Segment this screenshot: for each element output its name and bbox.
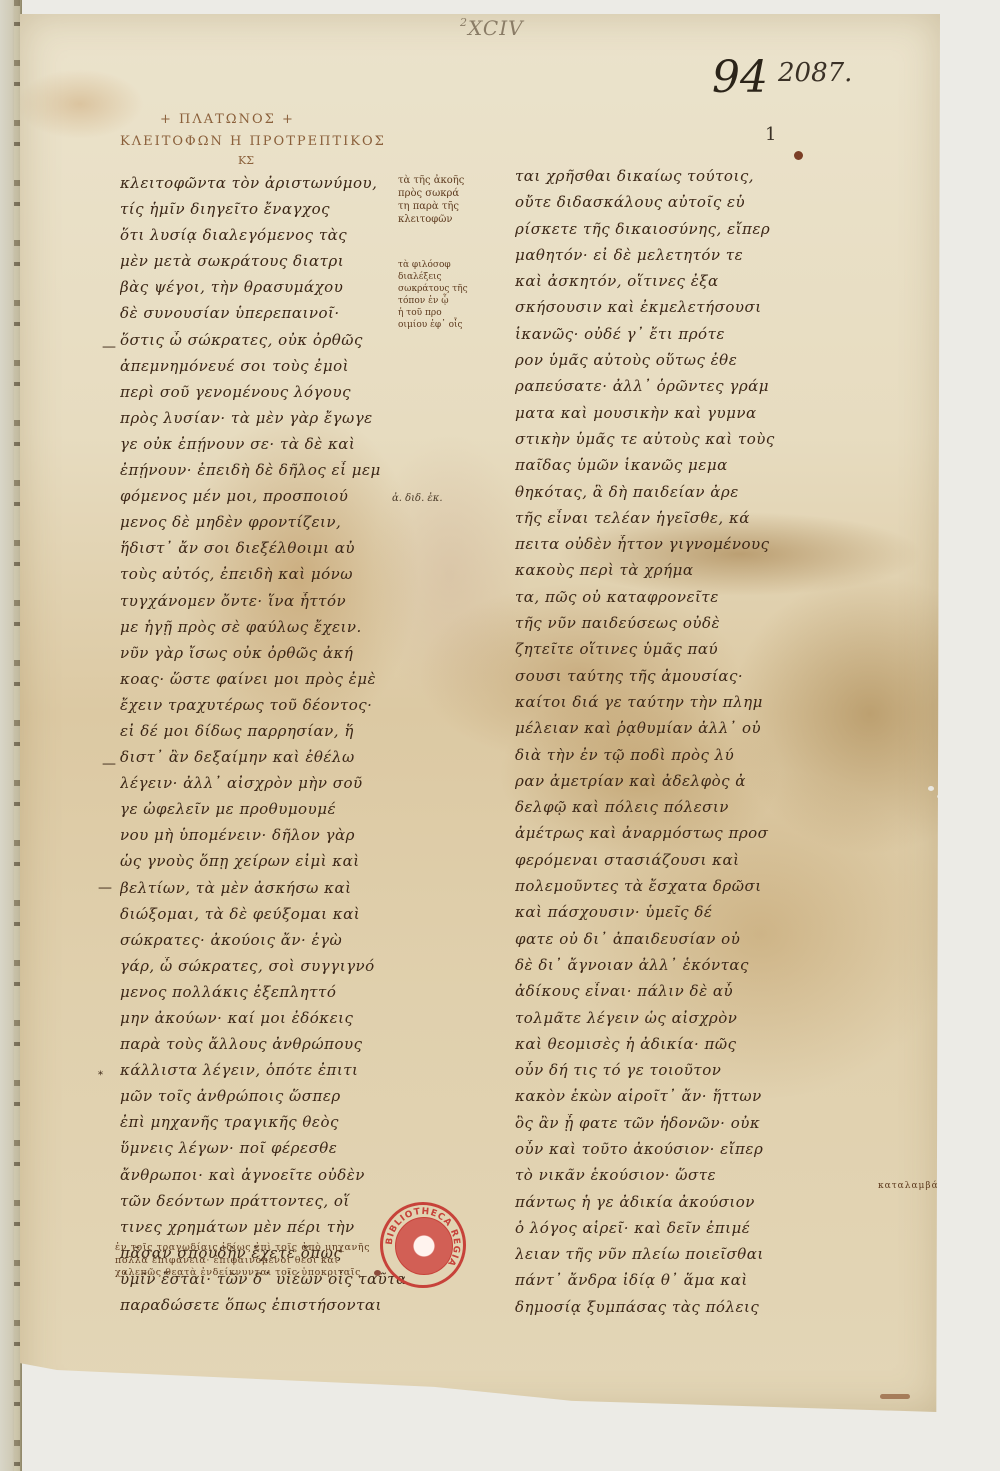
text-line: παῖδας ὑμῶν ἱκανῶς μεμα xyxy=(515,456,815,482)
ink-spot xyxy=(374,1270,381,1276)
worm-hole xyxy=(968,876,973,881)
text-line: διώξομαι, τὰ δὲ φεύξομαι καὶ xyxy=(120,905,405,931)
manuscript-folio: 2XCIV 94 2087. 1 + ΠΛΑΤΩΝΟΣ + ΚΛΕΙΤΟΦΩΝ … xyxy=(20,14,940,1412)
text-line: τῆς νῦν παιδεύσεως οὐδὲ xyxy=(515,614,815,640)
shelfmark-roman: XCIV xyxy=(468,16,524,40)
text-line: θηκότας, ἃ δὴ παιδείαν ἀρε xyxy=(515,483,815,509)
text-line: μενος δὲ μηδὲν φροντίζειν, xyxy=(120,513,405,539)
text-line: ἄνθρωποι· καὶ ἀγνοεῖτε οὐδὲν xyxy=(120,1166,405,1192)
text-line: σκήσουσιν καὶ ἐκμελετήσουσι xyxy=(515,298,815,324)
ink-spot xyxy=(794,151,803,160)
text-line: γε ὠφελεῖν με προθυμουμέ xyxy=(120,800,405,826)
gloss-line: τη παρὰ τῆς xyxy=(398,200,488,213)
text-line: μην ἀκούων· καί μοι ἐδόκεις xyxy=(120,1009,405,1035)
text-line: οὔτε διδασκάλους αὐτοῖς εὑ xyxy=(515,193,815,219)
text-line: νῦν γὰρ ἴσως οὐκ ὀρθῶς ἀκή xyxy=(120,644,405,670)
text-line: ἀμέτρως καὶ ἀναρμόστως προσ xyxy=(515,824,815,850)
text-line: ὅτι λυσίᾳ διαλεγόμενος τὰς xyxy=(120,226,405,252)
text-line: καὶ θεομισὲς ἡ ἀδικία· πῶς xyxy=(515,1035,815,1061)
text-line: ἐπῄνουν· ἐπειδὴ δὲ δῆλος εἶ μεμ xyxy=(120,461,405,487)
text-line: γάρ, ὦ σώκρατες, σοὶ συγγιγνό xyxy=(120,957,405,983)
worm-hole xyxy=(937,794,945,799)
text-line: βελτίων, τὰ μὲν ἀσκήσω καὶ xyxy=(120,879,405,905)
text-line: καὶ ἀσκητόν, οἵτινες ἐξα xyxy=(515,272,815,298)
text-line: πειτα οὐδὲν ἧττον γιγνομένους xyxy=(515,535,815,561)
secondary-number: 2087. xyxy=(778,58,852,88)
library-stamp: BIBLIOTHECA REGIA xyxy=(380,1202,466,1288)
gloss-line: κλειτοφῶν xyxy=(398,213,488,226)
text-line: τῆς εἶναι τελέαν ἡγεῖσθε, κά xyxy=(515,509,815,535)
text-line: με ἡγῇ πρὸς σὲ φαύλως ἔχειν. xyxy=(120,618,405,644)
text-line: φόμενος μέν μοι, προσποιού xyxy=(120,487,405,513)
text-line: ἱκανῶς· οὐδέ γ᾽ ἔτι πρότε xyxy=(515,325,815,351)
text-line: παραδώσετε ὅπως ἐπιστήσονται xyxy=(120,1296,405,1322)
text-line: τολμᾶτε λέγειν ὡς αἰσχρὸν xyxy=(515,1009,815,1035)
text-line: τυγχάνομεν ὄντε· ἵνα ἧττόν xyxy=(120,592,405,618)
footnote-scholion: ἐν τοῖς τραγωδίαις ἰδίως ἐπὶ τοῖς ἀπὸ μη… xyxy=(115,1242,385,1280)
text-line: σώκρατες· ἀκούοις ἄν· ἐγὼ xyxy=(120,931,405,957)
gloss-line: τὰ τῆς ἀκοῆς xyxy=(398,174,488,187)
text-line: πολεμοῦντες τὰ ἔσχατα δρῶσι xyxy=(515,877,815,903)
text-line: ὅστις ὦ σώκρατες, οὐκ ὀρθῶς xyxy=(120,331,405,357)
text-line: κάλλιστα λέγειν, ὁπότε ἐπιτι xyxy=(120,1061,405,1087)
heading-author: + ΠΛΑΤΩΝΟΣ + xyxy=(160,112,295,127)
text-line: καίτοι διά γε ταύτην τὴν πλημ xyxy=(515,693,815,719)
text-line: πρὸς λυσίαν· τὰ μὲν γὰρ ἔγωγε xyxy=(120,409,405,435)
worm-hole xyxy=(945,784,950,789)
text-line: καὶ πάσχουσιν· ὑμεῖς δέ xyxy=(515,903,815,929)
text-line: δημοσίᾳ ξυμπάσας τὰς πόλεις xyxy=(515,1298,815,1324)
worm-hole xyxy=(944,803,949,808)
gloss-line: πρὸς σωκρά xyxy=(398,187,488,200)
worm-hole xyxy=(952,849,957,855)
text-line: λέγειν· ἀλλ᾽ αἰσχρὸν μὴν σοῦ xyxy=(120,774,405,800)
worm-hole xyxy=(928,786,934,791)
text-line: πάντ᾽ ἄνδρα ἰδίᾳ θ᾽ ἅμα καὶ xyxy=(515,1271,815,1297)
text-line: ὡς γνοὺς ὅπῃ χείρων εἰμὶ καὶ xyxy=(120,852,405,878)
text-line: τα, πῶς οὐ καταφρονεῖτε xyxy=(515,588,815,614)
text-line: ζητεῖτε οἵτινες ὑμᾶς παύ xyxy=(515,640,815,666)
text-line: δὲ συνουσίαν ὑπερεπαινοῖ· xyxy=(120,304,405,330)
text-line: διστ᾽ ἂν δεξαίμην καὶ ἐθέλω xyxy=(120,748,405,774)
text-line: περὶ σοῦ γενομένους λόγους xyxy=(120,383,405,409)
text-line: φατε οὐ δι᾽ ἀπαιδευσίαν οὐ xyxy=(515,930,815,956)
text-line: ρον ὑμᾶς αὐτοὺς οὕτως ἐθε xyxy=(515,351,815,377)
gloss-line: οιμίου ἐφ᾽ οἷς xyxy=(398,319,488,331)
heading-abbrev: ΚΣ xyxy=(238,154,254,167)
bottom-mark: ἐθ xyxy=(133,1426,142,1435)
text-line: παρὰ τοὺς ἄλλους ἀνθρώπους xyxy=(120,1035,405,1061)
footnote-line: ἐν τοῖς τραγωδίαις ἰδίως ἐπὶ τοῖς ἀπὸ μη… xyxy=(115,1242,385,1255)
text-line: μαθητόν· εἰ δὲ μελετητόν τε xyxy=(515,246,815,272)
text-line: ἔχειν τραχυτέρως τοῦ δέοντος· xyxy=(120,696,405,722)
binding-thread xyxy=(14,0,20,1471)
marginal-gloss-right: καταλαμβάνει· xyxy=(878,1180,959,1193)
text-line: μὲν μετὰ σωκράτους διατρι xyxy=(120,252,405,278)
text-line: ὕμνεις λέγων· ποῖ φέρεσθε xyxy=(120,1139,405,1165)
text-line: μῶν τοῖς ἀνθρώποις ὥσπερ xyxy=(120,1087,405,1113)
text-line: μέλειαν καὶ ῥᾳθυμίαν ἀλλ᾽ οὐ xyxy=(515,719,815,745)
gloss-line: ἡ τοῦ προ xyxy=(398,307,488,319)
stamp-legend: BIBLIOTHECA REGIA xyxy=(383,1205,463,1285)
text-line: ἥδιστ᾽ ἄν σοι διεξέλθοιμι αὐ xyxy=(120,539,405,565)
marginal-dash: — xyxy=(102,339,116,355)
text-line: δελφῷ καὶ πόλεις πόλεσιν xyxy=(515,798,815,824)
gloss-line: σωκράτους τῆς xyxy=(398,283,488,295)
text-line: ὃς ἂν ᾖ φατε τῶν ἡδονῶν· οὐκ xyxy=(515,1114,815,1140)
stain-mark xyxy=(880,1394,910,1399)
text-line: κακὸν ἑκὼν αἱροῖτ᾽ ἄν· ἥττων xyxy=(515,1087,815,1113)
text-line: βὰς ψέγοι, τὴν θρασυμάχου xyxy=(120,278,405,304)
text-line: σουσι ταύτης τῆς ἀμουσίας· xyxy=(515,667,815,693)
text-line: ὁ λόγος αἱρεῖ· καὶ δεῖν ἐπιμέ xyxy=(515,1219,815,1245)
footnote-line: χαλεπῶς θεατὰ ἐνδείκνυνται τοῖς ὑποκριτα… xyxy=(115,1267,385,1280)
text-line: κακοὺς περὶ τὰ χρήμα xyxy=(515,561,815,587)
gloss-line: τὰ φιλόσοφ xyxy=(398,259,488,271)
text-line: ἀπεμνημόνευέ σοι τοὺς ἐμοὶ xyxy=(120,357,405,383)
gloss-line: τόπον ἐν ᾧ xyxy=(398,295,488,307)
gloss-line: διαλέξεις xyxy=(398,271,488,283)
text-column-left: κλειτοφῶντα τὸν ἀριστωνύμου,τίς ἡμῖν διη… xyxy=(120,174,405,1322)
footnote-line: πολλὰ ἐπιφάνεια· ἐπιφαινόμενοι θεοὶ καὶ xyxy=(115,1255,385,1268)
text-line: ρίσκετε τῆς δικαιοσύνης, εἴπερ xyxy=(515,220,815,246)
text-line: ται χρῆσθαι δικαίως τούτοις, xyxy=(515,167,815,193)
text-line: κλειτοφῶντα τὸν ἀριστωνύμου, xyxy=(120,174,405,200)
text-line: τοὺς αὐτός, ἐπειδὴ καὶ μόνω xyxy=(120,565,405,591)
worm-hole xyxy=(965,896,970,901)
text-line: φερόμεναι στασιάζουσι καὶ xyxy=(515,851,815,877)
marginal-gloss-middle: ἀ. διδ. ἐκ. xyxy=(392,492,443,505)
text-line: ματα καὶ μουσικὴν καὶ γυμνα xyxy=(515,404,815,430)
shelfmark: 2XCIV xyxy=(460,16,524,40)
text-column-right: ται χρῆσθαι δικαίως τούτοις,οὔτε διδασκά… xyxy=(515,167,815,1324)
folio-number: 94 xyxy=(712,52,768,103)
text-line: στικὴν ὑμᾶς τε αὐτοὺς καὶ τοὺς xyxy=(515,430,815,456)
text-line: τίς ἡμῖν διηγεῖτο ἔναγχος xyxy=(120,200,405,226)
text-line: οὖν δή τις τό γε τοιοῦτον xyxy=(515,1061,815,1087)
text-line: νου μὴ ὑπομένειν· δῆλον γὰρ xyxy=(120,826,405,852)
text-line: τῶν δεόντων πράττοντες, οἵ xyxy=(120,1192,405,1218)
text-line: ραν ἀμετρίαν καὶ ἀδελφὸς ἀ xyxy=(515,772,815,798)
text-line: οὖν καὶ τοῦτο ἀκούσιον· εἴπερ xyxy=(515,1140,815,1166)
text-line: πάντως ἡ γε ἀδικία ἀκούσιον xyxy=(515,1193,815,1219)
shelfmark-prefix: 2 xyxy=(460,16,468,29)
text-line: κοας· ὥστε φαίνει μοι πρὸς ἐμὲ xyxy=(120,670,405,696)
column-mark: 1 xyxy=(765,124,776,145)
marginal-asterisk: * xyxy=(98,1070,103,1081)
heading-title: ΚΛΕΙΤΟΦΩΝ Η ΠΡΟΤΡΕΠΤΙΚΟΣ xyxy=(120,134,386,149)
marginal-gloss-top: τὰ τῆς ἀκοῆςπρὸς σωκράτη παρὰ τῆςκλειτοφ… xyxy=(398,174,488,226)
worm-hole xyxy=(961,840,970,846)
text-line: λειαν τῆς νῦν πλείω ποιεῖσθαι xyxy=(515,1245,815,1271)
text-line: γε οὐκ ἐπῄνουν σε· τὰ δὲ καὶ xyxy=(120,435,405,461)
text-line: μενος πολλάκις ἐξεπληττό xyxy=(120,983,405,1009)
text-line: δὲ δι᾽ ἄγνοιαν ἀλλ᾽ ἑκόντας xyxy=(515,956,815,982)
text-line: εἰ δέ μοι δίδως παρρησίαν, ἥ xyxy=(120,722,405,748)
marginal-gloss-persons: τὰ φιλόσοφδιαλέξειςσωκράτους τῆςτόπον ἐν… xyxy=(398,259,488,331)
text-line: διὰ τὴν ἐν τῷ ποδὶ πρὸς λύ xyxy=(515,746,815,772)
marginal-dash: — xyxy=(98,880,112,896)
svg-text:BIBLIOTHECA REGIA: BIBLIOTHECA REGIA xyxy=(385,1207,461,1268)
text-line: τὸ νικᾶν ἑκούσιον· ὥστε xyxy=(515,1166,815,1192)
text-line: ραπεύσατε· ἀλλ᾽ ὁρῶντες γράμ xyxy=(515,377,815,403)
text-line: τινες χρημάτων μὲν πέρι τὴν xyxy=(120,1218,405,1244)
text-line: ἀδίκους εἶναι· πάλιν δὲ αὖ xyxy=(515,982,815,1008)
text-line: ἐπὶ μηχανῆς τραγικῆς θεὸς xyxy=(120,1113,405,1139)
marginal-dash: — xyxy=(102,756,116,772)
